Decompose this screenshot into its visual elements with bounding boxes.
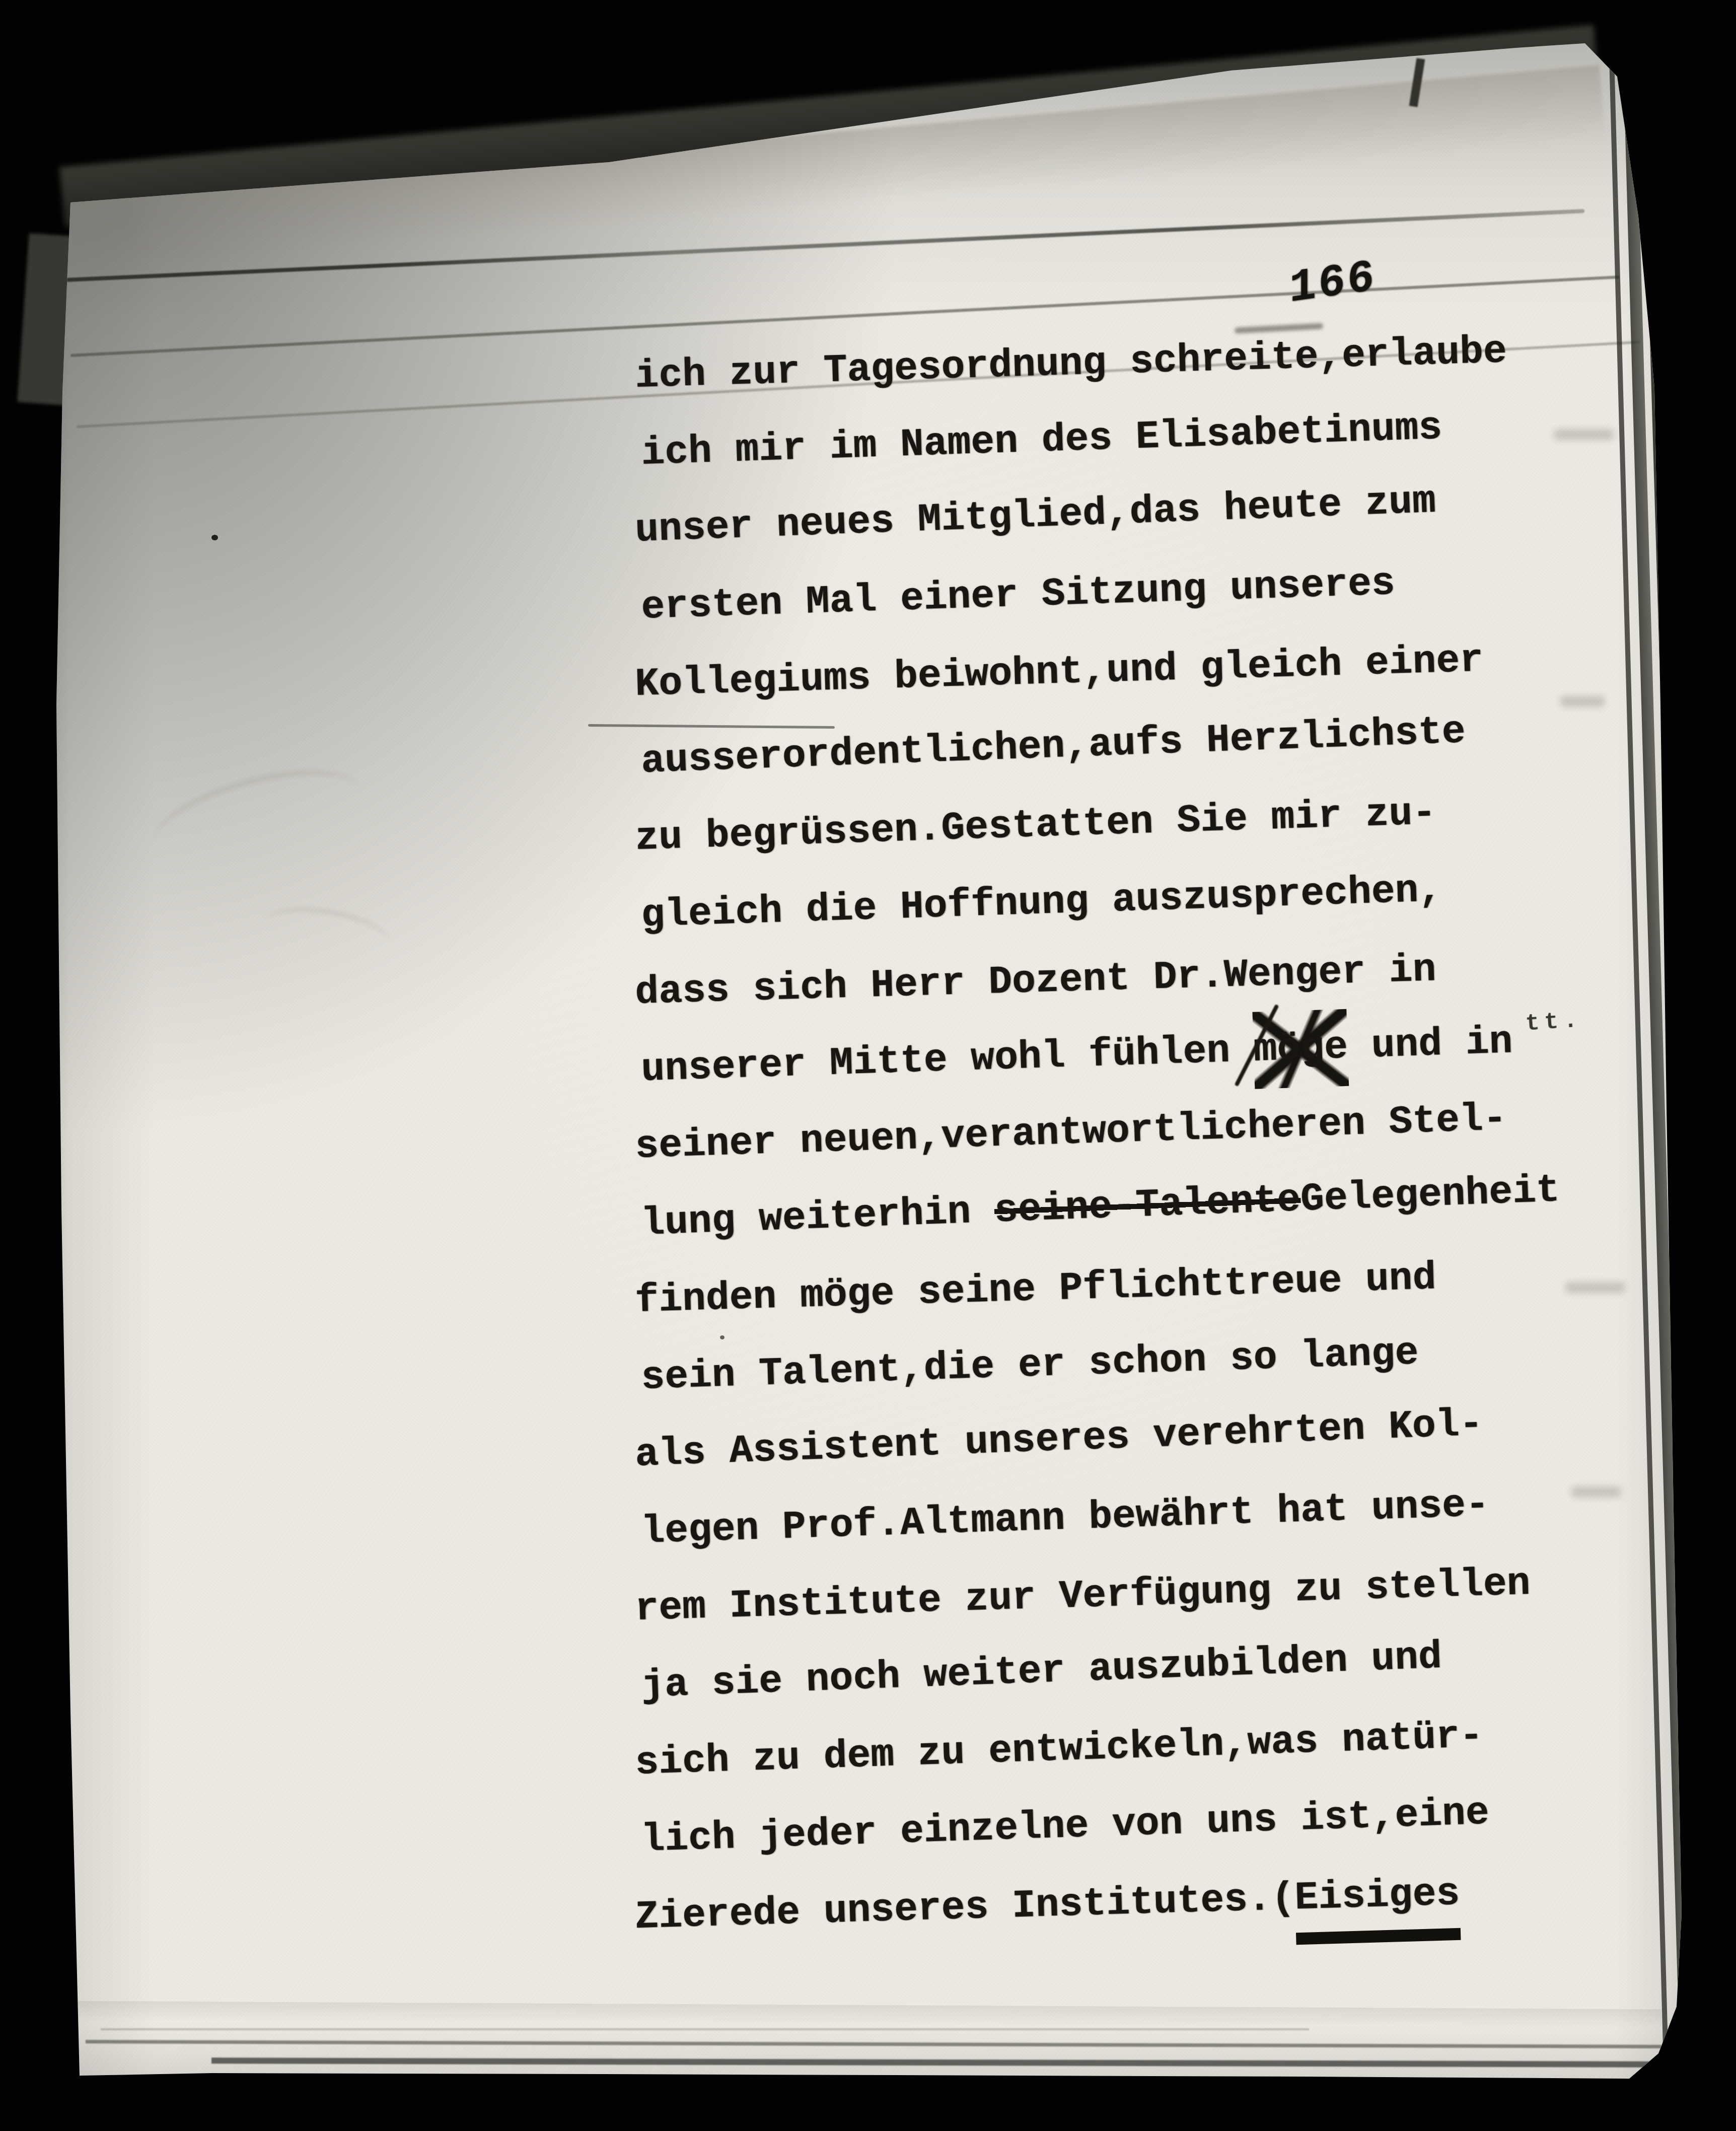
text-segment: seine-Talente xyxy=(993,1178,1301,1233)
text-segment: lich jeder einzelne von uns ist,eine xyxy=(640,1791,1490,1863)
text-segment: unserer Mitte wohl fühlen xyxy=(640,1028,1254,1092)
bleed-through-smudge xyxy=(1554,429,1614,440)
typewritten-page: 166 ich zur Tagesordnung schreite,erlaub… xyxy=(0,0,1736,2131)
text-segment: Eisiges xyxy=(1294,1872,1461,1945)
text-segment: lung weiterhin xyxy=(640,1189,995,1246)
text-segment: ersten Mal einer Sitzung unseres xyxy=(640,561,1396,630)
text-segment: Zierede unseres Institutes.( xyxy=(634,1876,1295,1940)
text-segment: und in xyxy=(1347,1020,1513,1070)
faint-scribble xyxy=(259,899,396,970)
text-segment: ja sie noch weiter auszubilden und xyxy=(640,1635,1443,1709)
text-segment: dass sich Herr Dozent Dr.Wenger in xyxy=(634,948,1436,1015)
text-segment: als Assistent unseres verehrten Kol- xyxy=(634,1402,1484,1477)
text-segment: ich mir im Namen des Elisabetinums xyxy=(640,406,1442,476)
faint-scribble xyxy=(145,753,368,879)
ink-speck xyxy=(720,1335,725,1339)
text-segment: finden möge seine Pflichttreue und xyxy=(634,1256,1436,1323)
text-segment: ich zur Tagesordnung schreite,erlaube xyxy=(634,329,1507,399)
bleed-through-smudge xyxy=(1571,1486,1621,1498)
text-segment: gleich die Hoffnung auszusprechen, xyxy=(640,868,1442,938)
typewritten-text-block: ich zur Tagesordnung schreite,erlaubeich… xyxy=(635,338,1642,1956)
text-segment: sein Talent,die er schon so lange xyxy=(640,1331,1419,1400)
page-number: 166 xyxy=(1289,251,1376,315)
text-segment: legen Prof.Altmann bewährt hat unse- xyxy=(640,1483,1490,1554)
bottom-page-edge-stripe xyxy=(86,2040,1661,2048)
bleed-through-smudge xyxy=(1565,1282,1625,1293)
text-segment: zu begrüssen.Gestatten Sie mir zu- xyxy=(634,791,1436,861)
bleed-through-text-fragment: tt. xyxy=(1525,1007,1583,1037)
bottom-page-edge-stripe xyxy=(101,2028,1309,2030)
ink-speck xyxy=(211,535,218,540)
text-segment: sich zu dem zu entwickeln,was natür- xyxy=(634,1714,1484,1786)
text-segment: unser neues Mitglied,das heute zum xyxy=(634,479,1437,553)
text-segment: ausserordentlichen,aufs Herzlichste xyxy=(640,709,1466,784)
text-segment: Gelegenheit xyxy=(1300,1168,1561,1222)
bleed-through-smudge xyxy=(1560,696,1605,707)
document-scan: 166 ich zur Tagesordnung schreite,erlaub… xyxy=(0,0,1736,2131)
bottom-page-edge-stripe xyxy=(211,2057,1661,2068)
paper-crease xyxy=(76,2001,1661,2029)
text-segment: Kollegiums beiwohnt,und gleich einer xyxy=(634,638,1484,707)
